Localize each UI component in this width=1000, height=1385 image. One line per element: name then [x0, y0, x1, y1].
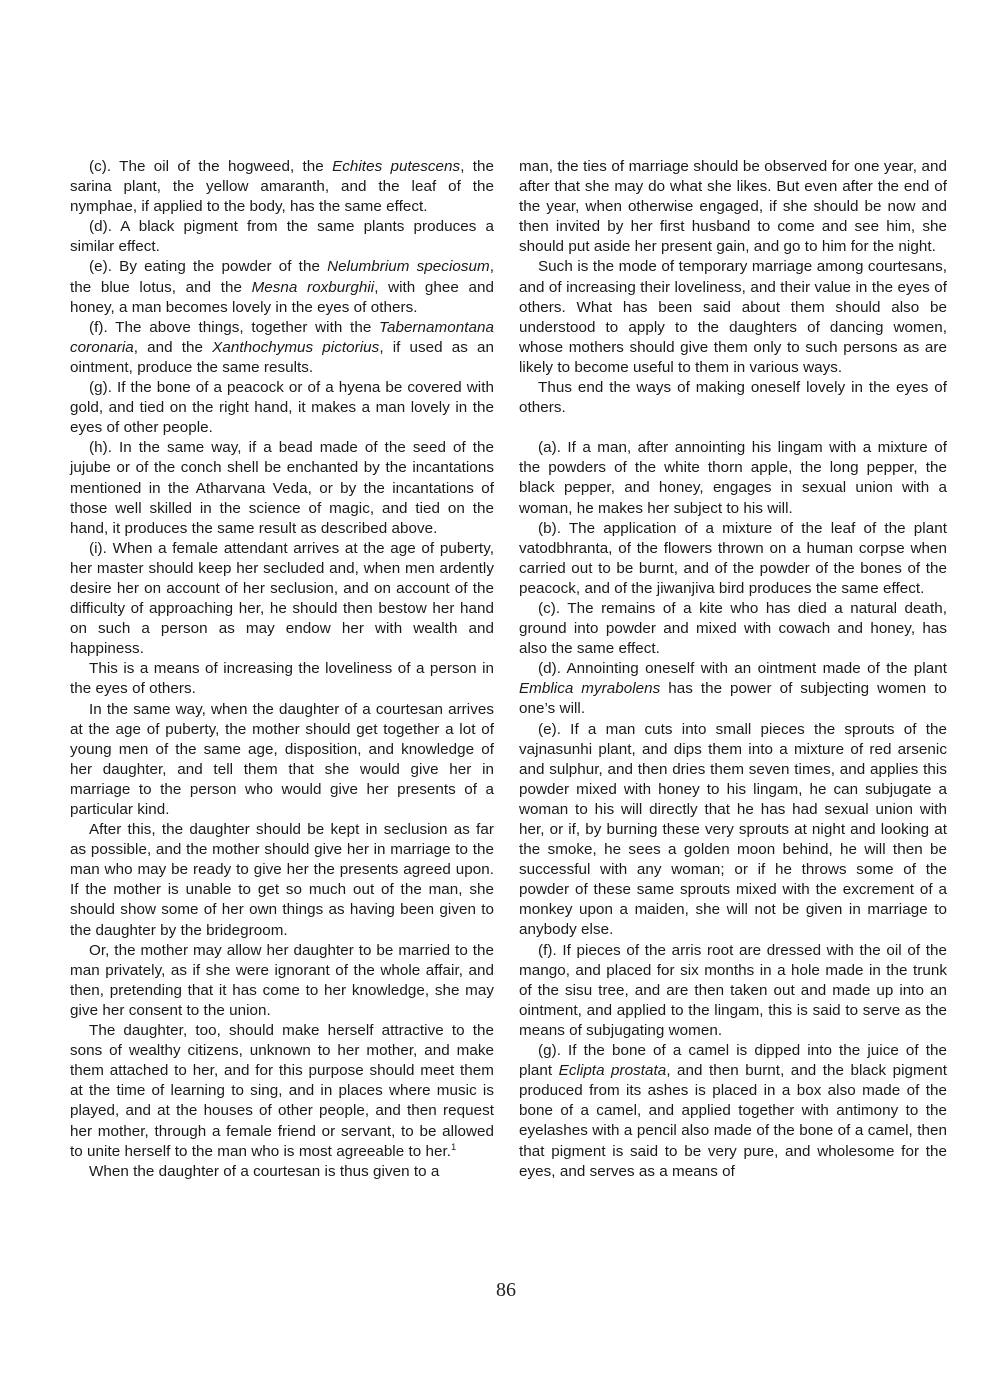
paragraph-f1: (f). The above things, together with the…: [70, 318, 494, 378]
paragraph-rg: (g). If the bone of a camel is dipped in…: [519, 1041, 947, 1182]
paragraph-r2: Such is the mode of temporary marriage a…: [519, 257, 947, 378]
text-run: (d). Annointing oneself with an ointment…: [538, 660, 947, 677]
paragraph-rf: (f). If pieces of the arris root are dre…: [519, 941, 947, 1041]
footnote-marker: 1: [451, 1142, 456, 1152]
paragraph-ra: (a). If a man, after annointing his ling…: [519, 438, 947, 518]
text-run: Or, the mother may allow her daughter to…: [70, 942, 494, 1019]
paragraph-p5: The daughter, too, should make herself a…: [70, 1021, 494, 1162]
paragraph-i1: (i). When a female attendant arrives at …: [70, 539, 494, 660]
paragraph-p6: When the daughter of a courtesan is thus…: [70, 1162, 494, 1182]
page-number: 86: [0, 1279, 1000, 1302]
paragraph-p4: Or, the mother may allow her daughter to…: [70, 941, 494, 1021]
text-run: After this, the daughter should be kept …: [70, 821, 494, 938]
italic-term: Nelumbrium speciosum: [327, 258, 490, 275]
text-run: (e). If a man cuts into small pieces the…: [519, 721, 947, 939]
paragraph-e1: (e). By eating the powder of the Nelumbr…: [70, 257, 494, 317]
text-run: (g). If the bone of a peacock or of a hy…: [70, 379, 494, 436]
text-run: , and then burnt, and the black pigment …: [519, 1062, 947, 1179]
text-run: man, the ties of marriage should be obse…: [519, 158, 947, 255]
paragraph-rb: (b). The application of a mixture of the…: [519, 519, 947, 599]
text-run: (e). By eating the powder of the: [89, 258, 327, 275]
paragraph-c1: (c). The oil of the hogweed, the Echites…: [70, 157, 494, 217]
text-run: Such is the mode of temporary marriage a…: [519, 258, 947, 375]
text-run: , and the: [134, 339, 212, 356]
text-run: Thus end the ways of making oneself love…: [519, 379, 947, 416]
text-run: (h). In the same way, if a bead made of …: [70, 439, 494, 536]
text-run: This is a means of increasing the loveli…: [70, 660, 494, 697]
text-run: The daughter, too, should make herself a…: [70, 1022, 494, 1160]
text-run: (f). The above things, together with the: [89, 319, 379, 336]
paragraph-g1: (g). If the bone of a peacock or of a hy…: [70, 378, 494, 438]
italic-term: Mesna roxburghii: [252, 279, 375, 296]
paragraph-rd: (d). Annointing oneself with an ointment…: [519, 659, 947, 719]
text-run: (b). The application of a mixture of the…: [519, 520, 947, 597]
text-run: (c). The oil of the hogweed, the: [89, 158, 332, 175]
text-run: When the daughter of a courtesan is thus…: [89, 1163, 439, 1180]
italic-term: Xanthochymus pictorius: [212, 339, 379, 356]
paragraph-r1: man, the ties of marriage should be obse…: [519, 157, 947, 257]
paragraph-r3: Thus end the ways of making oneself love…: [519, 378, 947, 418]
paragraph-p2: In the same way, when the daughter of a …: [70, 700, 494, 821]
text-run: (a). If a man, after annointing his ling…: [519, 439, 947, 516]
paragraph-re: (e). If a man cuts into small pieces the…: [519, 720, 947, 941]
paragraph-p1: This is a means of increasing the loveli…: [70, 659, 494, 699]
text-run: (f). If pieces of the arris root are dre…: [519, 942, 947, 1039]
italic-term: Emblica myrabolens: [519, 680, 660, 697]
text-run: (c). The remains of a kite who has died …: [519, 600, 947, 657]
text-run: (d). A black pigment from the same plant…: [70, 218, 494, 255]
paragraph-h1: (h). In the same way, if a bead made of …: [70, 438, 494, 538]
right-column: man, the ties of marriage should be obse…: [519, 157, 947, 1182]
paragraph-rc: (c). The remains of a kite who has died …: [519, 599, 947, 659]
italic-term: Eclipta prostata: [559, 1062, 667, 1079]
paragraph-d1: (d). A black pigment from the same plant…: [70, 217, 494, 257]
text-run: In the same way, when the daughter of a …: [70, 701, 494, 818]
italic-term: Echites putescens: [332, 158, 460, 175]
paragraph-p3: After this, the daughter should be kept …: [70, 820, 494, 941]
left-column: (c). The oil of the hogweed, the Echites…: [70, 157, 494, 1182]
text-run: (i). When a female attendant arrives at …: [70, 540, 494, 657]
